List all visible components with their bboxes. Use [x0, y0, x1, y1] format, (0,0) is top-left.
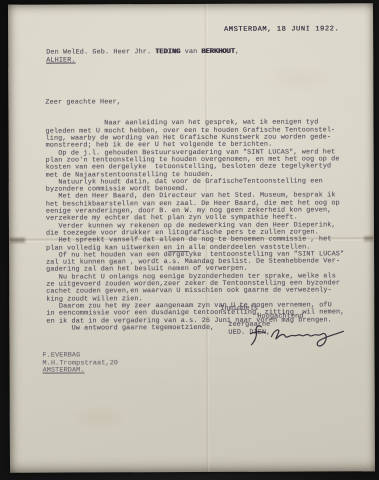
signature-everbag [247, 321, 347, 351]
addressee-prefix: Den WelEd. Geb. Heer Jhr. [46, 48, 155, 56]
paper-stain [70, 404, 130, 430]
addressee-name-berkhout: BERKHOUT [202, 48, 236, 56]
addressee-block: Den WelEd. Geb. Heer Jhr. TEDING van BER… [46, 49, 239, 65]
letter-text: Zeer geachte Heer, Naar aanleiding van h… [45, 83, 356, 347]
addressee-name-teding: TEDING [155, 48, 180, 56]
salutation: Zeer geachte Heer, [45, 98, 355, 107]
letter-paper: AMSTERDAM, 18 JUNI 1922. Den WelEd. Geb.… [8, 3, 375, 473]
date-line: AMSTERDAM, 18 JUNI 1922. [224, 25, 339, 34]
underline-mark-nemen [168, 251, 189, 252]
sender-block: F.EVERBAG M.H.Trompstraat,20 AMSTERDAM. [42, 352, 118, 375]
addressee-city: ALHIER. [46, 56, 239, 64]
sender-city: AMSTERDAM. [43, 368, 119, 376]
addressee-suffix: , [235, 48, 239, 56]
closing-inmiddels: Inmiddels [220, 305, 258, 313]
closing-hoogachtend: Hoogachtend [257, 313, 303, 321]
addressee-middle: van [181, 48, 202, 56]
letter-body: Naar aanleiding van het gesprek, wat ik … [45, 120, 356, 333]
photo-backdrop: AMSTERDAM, 18 JUNI 1922. Den WelEd. Geb.… [0, 0, 379, 480]
